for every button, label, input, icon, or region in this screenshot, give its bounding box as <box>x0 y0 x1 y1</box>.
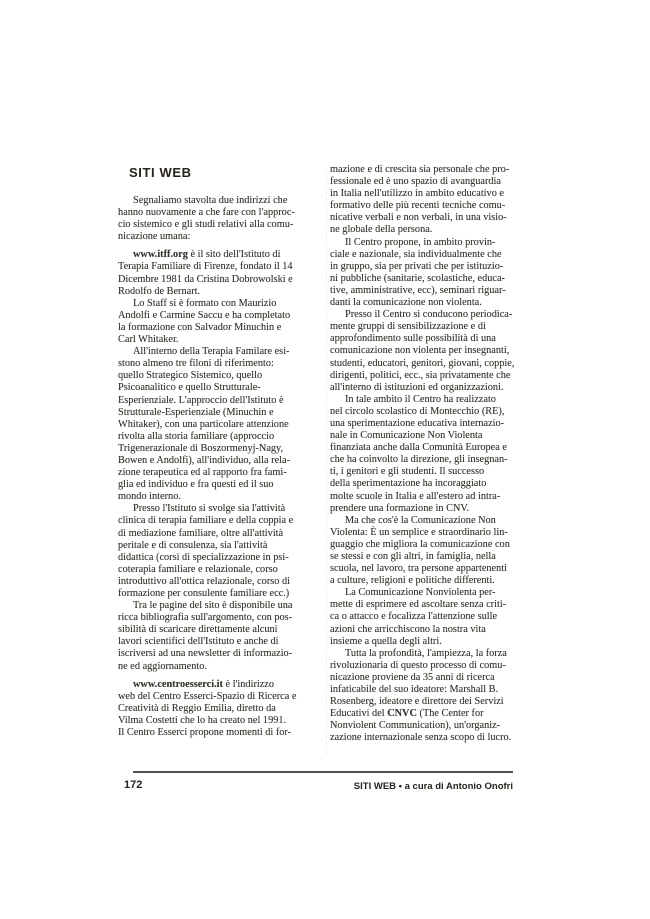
centroesserci-url-text: www.centroesserci.it <box>133 679 223 690</box>
page-title: SITI WEB <box>129 165 192 180</box>
paragraph-formazione: mazione e di crescita sia personale che … <box>330 164 554 237</box>
paragraph-bibliografia: Tra le pagine del sito è disponibile una… <box>118 600 333 673</box>
paragraph-itff: www.itff.org è il sito dell'Istituto di … <box>118 249 333 297</box>
footer-rule <box>133 771 513 773</box>
paragraph-filoni: All'interno della Terapia Familare esi- … <box>118 346 333 503</box>
itff-url-text: www.itff.org <box>133 249 188 260</box>
paragraph-staff: Lo Staff si è formato con Maurizio Andol… <box>118 298 333 346</box>
cnvc-acronym: CNVC <box>387 708 417 719</box>
paragraph-cosa-e-cnv: Ma che cos'è la Comunicazione Non Violen… <box>330 515 554 588</box>
right-column: mazione e di crescita sia personale che … <box>330 164 554 745</box>
paragraph-centro-propone: Il Centro propone, in ambito provin- cia… <box>330 237 554 310</box>
paragraph-attivita: Presso l'Istituto si svolge sia l'attivi… <box>118 503 333 600</box>
paragraph-gruppi: Presso il Centro si conducono periodica-… <box>330 309 554 394</box>
paragraph-centroesserci: www.centroesserci.it è l'indirizzo web d… <box>118 679 333 739</box>
paragraph-nonviolenta: La Comunicazione Nonviolenta per- mette … <box>330 587 554 647</box>
footer-credit: SITI WEB • a cura di Antonio Onofri <box>133 781 513 792</box>
left-column: Segnaliamo stavolta due indirizzi che ha… <box>118 195 333 739</box>
paragraph-intro: Segnaliamo stavolta due indirizzi che ha… <box>118 195 333 243</box>
journal-page: SITI WEB Segnaliamo stavolta due indiriz… <box>0 0 650 919</box>
paragraph-rosenberg: Tutta la profondità, l'ampiezza, la forz… <box>330 648 554 745</box>
paragraph-montecchio: In tale ambito il Centro ha realizzato n… <box>330 394 554 515</box>
